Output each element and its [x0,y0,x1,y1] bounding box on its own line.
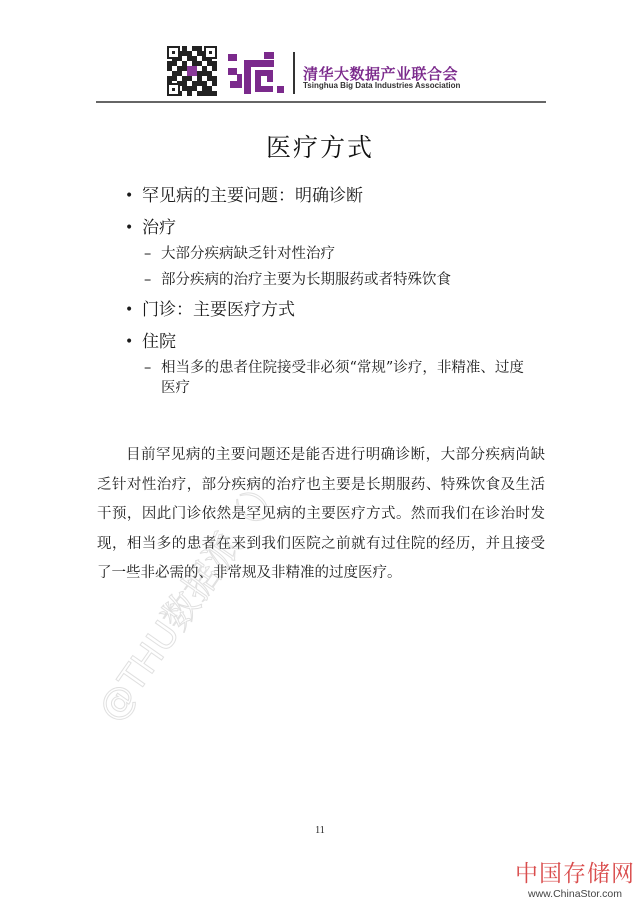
outline-item-label: 住院 [142,332,176,352]
slide-title: 医疗方式 [0,128,640,164]
bullet-icon: • [125,330,133,354]
outline-item-inpatient: • 住院 – 相当多的患者住院接受非必须“常规”诊疗，非精准、过度医疗 [125,330,545,398]
qr-code-icon [167,46,217,96]
sub-item: – 部分疾病的治疗主要为长期服药或者特殊饮食 [142,270,545,290]
stamp-name: 中国存储网 [510,861,640,887]
slide-outline: • 罕见病的主要问题：明确诊断 • 治疗 – 大部分疾病缺乏针对性治疗 – 部分… [125,184,545,406]
sub-item-label: 部分疾病的治疗主要为长期服药或者特殊饮食 [161,272,451,288]
body-paragraph: 目前罕见病的主要问题还是能否进行明确诊断，大部分疾病尚缺乏针对性治疗，部分疾病的… [97,441,545,589]
outline-item-label: 罕见病的主要问题：明确诊断 [142,186,363,206]
header-rule [96,101,546,103]
outline-item-outpatient: • 门诊：主要医疗方式 [125,298,545,322]
bullet-icon: • [125,184,133,208]
chinastor-stamp: 中国存储网 www.ChinaStor.com [510,861,640,901]
stamp-url: www.ChinaStor.com [510,887,640,901]
document-header: 清华大数据产业联合会 Tsinghua Big Data Industries … [0,0,640,104]
sub-list: – 相当多的患者住院接受非必须“常规”诊疗，非精准、过度医疗 [142,358,545,398]
sub-item-label: 大部分疾病缺乏针对性治疗 [161,246,335,262]
sub-item: – 大部分疾病缺乏针对性治疗 [142,244,545,264]
dash-icon: – [144,270,151,290]
outline-item-diagnosis: • 罕见病的主要问题：明确诊断 [125,184,545,208]
dash-icon: – [144,358,151,378]
org-name-en: Tsinghua Big Data Industries Association [303,81,460,90]
outline-item-treatment: • 治疗 – 大部分疾病缺乏针对性治疗 – 部分疾病的治疗主要为长期服药或者特殊… [125,216,545,290]
logo-divider [293,52,295,94]
outline-item-label: 治疗 [142,218,176,238]
sub-item: – 相当多的患者住院接受非必须“常规”诊疗，非精准、过度医疗 [142,358,531,398]
pai-logo-icon [226,48,286,96]
dash-icon: – [144,244,151,264]
sub-item-label: 相当多的患者住院接受非必须“常规”诊疗，非精准、过度医疗 [161,360,524,396]
sub-list: – 大部分疾病缺乏针对性治疗 – 部分疾病的治疗主要为长期服药或者特殊饮食 [142,244,545,290]
bullet-icon: • [125,298,133,322]
outline-item-label: 门诊：主要医疗方式 [142,300,295,320]
bullet-icon: • [125,216,133,240]
page-number: 11 [0,825,640,836]
